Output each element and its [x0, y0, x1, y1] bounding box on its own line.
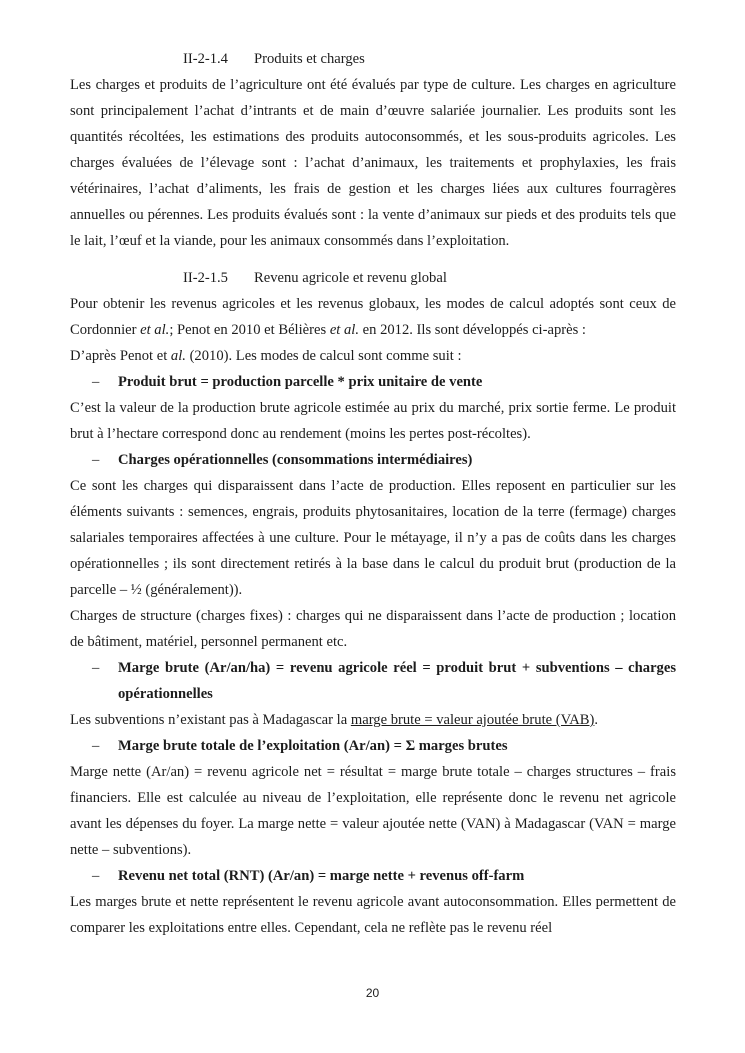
section-heading: II-2-1.4Produits et charges [70, 46, 676, 72]
list-item: –Produit brut = production parcelle * pr… [70, 369, 676, 395]
body-paragraph: Pour obtenir les revenus agricoles et le… [70, 291, 676, 343]
text-run: Les subventions n’existant pas à Madagas… [70, 712, 351, 728]
body-paragraph: Les charges et produits de l’agriculture… [70, 72, 676, 254]
bullet-text: Marge brute totale de l’exploitation (Ar… [118, 733, 676, 759]
document-page: II-2-1.4Produits et charges Les charges … [0, 0, 745, 941]
page-footer: 20 [0, 986, 745, 1000]
list-item: –Marge brute (Ar/an/ha) = revenu agricol… [70, 655, 676, 707]
text-run: ; Penot en 2010 et Bélières [169, 322, 330, 338]
italic-citation: et al. [330, 322, 359, 338]
italic-citation: al. [171, 348, 186, 364]
section-heading: II-2-1.5Revenu agricole et revenu global [70, 265, 676, 291]
bullet-marker: – [92, 863, 118, 889]
section-number: II-2-1.4 [183, 46, 254, 72]
bullet-marker: – [92, 447, 118, 473]
body-paragraph: Les marges brute et nette représentent l… [70, 889, 676, 941]
page-number: 20 [366, 986, 379, 1000]
bullet-text: Revenu net total (RNT) (Ar/an) = marge n… [118, 863, 676, 889]
italic-citation: et al. [140, 322, 169, 338]
text-run: (2010). Les modes de calcul sont comme s… [186, 348, 462, 364]
section-title: Produits et charges [254, 51, 365, 67]
body-paragraph: C’est la valeur de la production brute a… [70, 395, 676, 447]
bullet-text: Charges opérationnelles (consommations i… [118, 447, 676, 473]
section-title: Revenu agricole et revenu global [254, 270, 447, 286]
body-paragraph: Ce sont les charges qui disparaissent da… [70, 473, 676, 603]
list-item: –Revenu net total (RNT) (Ar/an) = marge … [70, 863, 676, 889]
bullet-text: Marge brute (Ar/an/ha) = revenu agricole… [118, 655, 676, 707]
bullet-marker: – [92, 655, 118, 707]
body-paragraph: Les subventions n’existant pas à Madagas… [70, 707, 676, 733]
section-number: II-2-1.5 [183, 265, 254, 291]
body-paragraph: Charges de structure (charges fixes) : c… [70, 603, 676, 655]
bullet-marker: – [92, 369, 118, 395]
list-item: –Charges opérationnelles (consommations … [70, 447, 676, 473]
text-run: en 2012. Ils sont développés ci-après : [359, 322, 586, 338]
body-paragraph: D’après Penot et al. (2010). Les modes d… [70, 343, 676, 369]
bullet-marker: – [92, 733, 118, 759]
text-run: D’après Penot et [70, 348, 171, 364]
underlined-phrase: marge brute = valeur ajoutée brute (VAB) [351, 712, 595, 728]
body-paragraph: Marge nette (Ar/an) = revenu agricole ne… [70, 759, 676, 863]
list-item: –Marge brute totale de l’exploitation (A… [70, 733, 676, 759]
bullet-text: Produit brut = production parcelle * pri… [118, 369, 676, 395]
text-run: . [594, 712, 598, 728]
